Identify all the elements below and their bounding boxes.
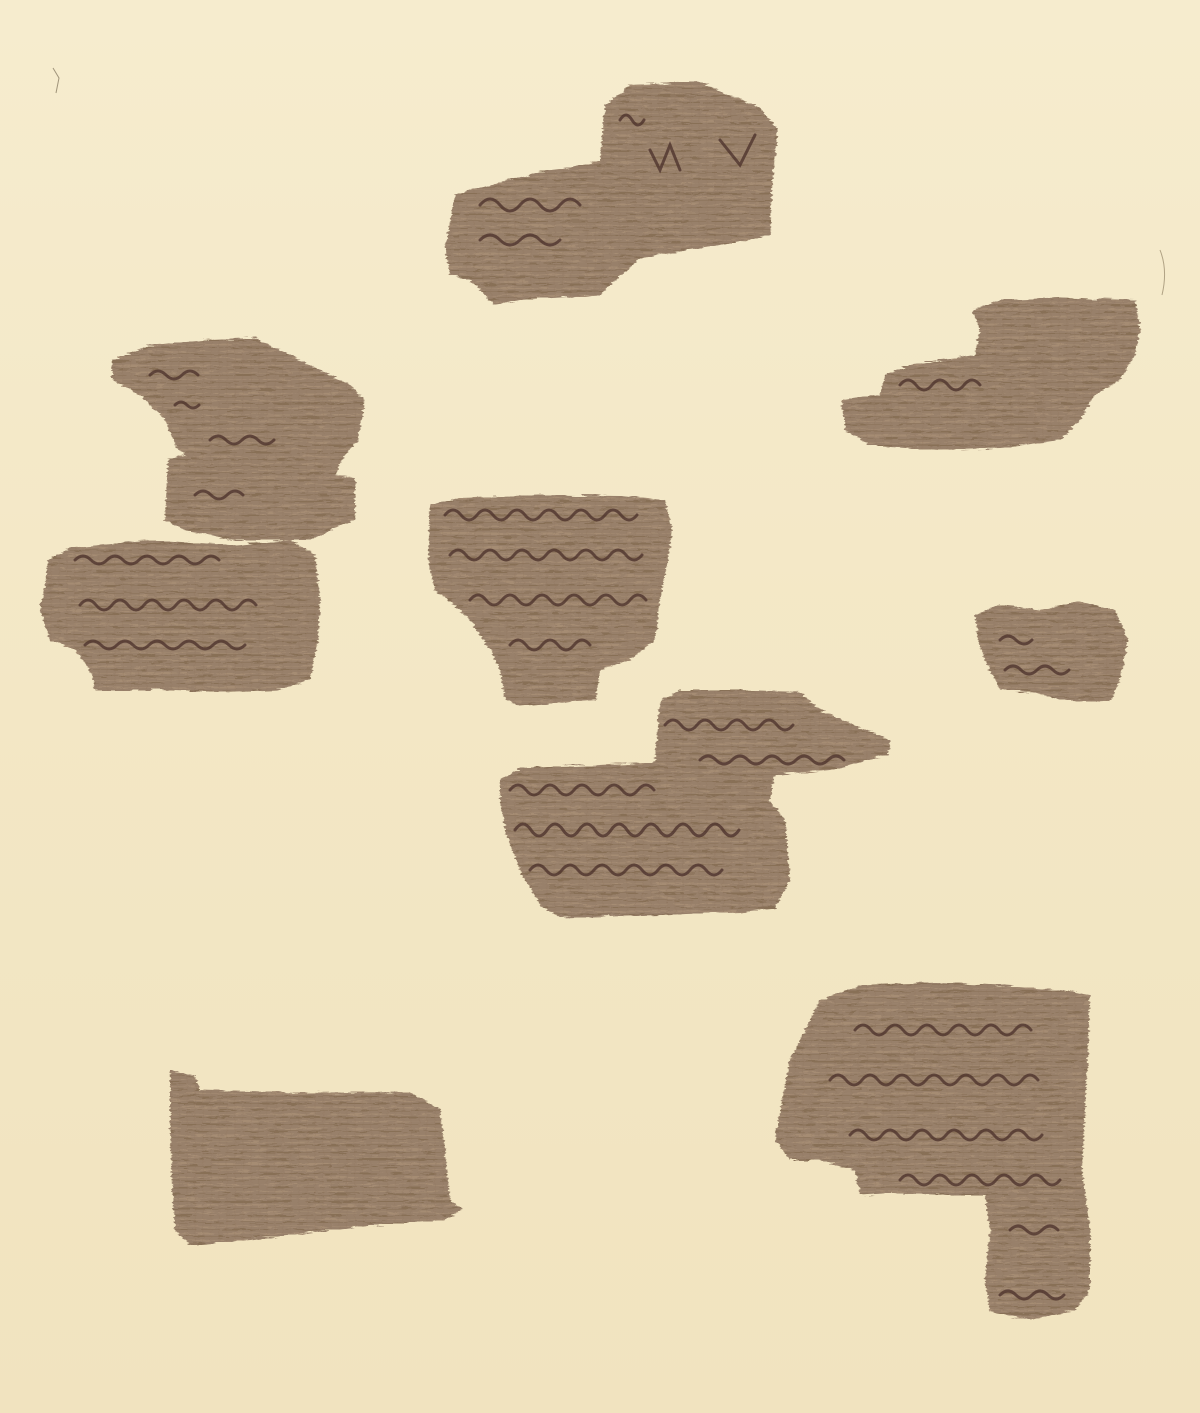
fragment-left-lower — [40, 540, 320, 692]
fragment-bottom-left — [170, 1070, 462, 1245]
background-mark-right — [1160, 250, 1165, 295]
fragment-top-right — [842, 298, 1140, 450]
papyrus-fragments-svg — [0, 0, 1200, 1413]
fragment-center-lower — [500, 690, 890, 918]
fragment-top-center — [445, 82, 778, 305]
background-mark — [53, 68, 59, 93]
fragment-bottom-right — [775, 982, 1090, 1320]
fragment-left-upper — [112, 338, 365, 540]
papyrus-photograph — [0, 0, 1200, 1413]
fragment-right-small — [975, 602, 1128, 702]
